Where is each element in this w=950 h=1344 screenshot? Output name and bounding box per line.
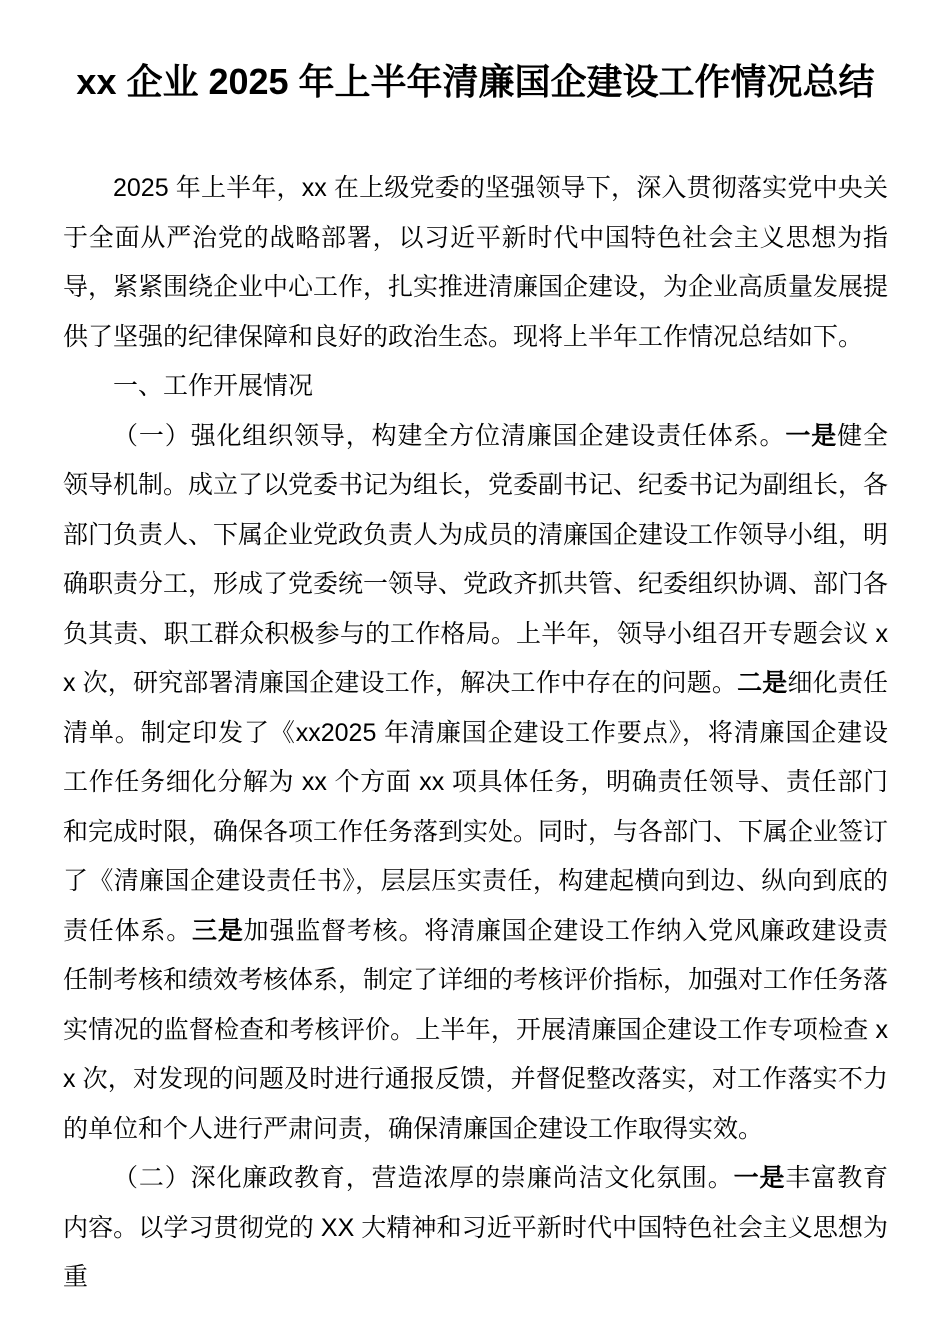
text-run: 2025 年上半年，xx 在上级党委的坚强领导下，深入贯彻落实党中央关于全面从严… [63,174,888,351]
text-run: （二）深化廉政教育，营造浓厚的崇廉尚洁文化氛围。 [113,1164,734,1192]
emphasis-run: 二是 [737,669,787,697]
text-run: 细化责任清单。制定印发了《xx2025 年清廉国企建设工作要点》，将清廉国企建设… [63,669,888,945]
document-page: xx 企业 2025 年上半年清廉国企建设工作情况总结 2025 年上半年，xx… [0,0,950,1344]
paragraph: （二）深化廉政教育，营造浓厚的崇廉尚洁文化氛围。一是丰富教育内容。以学习贯彻党的… [63,1154,888,1303]
text-run: 加强监督考核。将清廉国企建设工作纳入党风廉政建设责任制考核和绩效考核体系，制定了… [63,917,888,1143]
text-run: 健全领导机制。成立了以党委书记为组长，党委副书记、纪委书记为副组长，各部门负责人… [63,422,888,698]
document-title: xx 企业 2025 年上半年清廉国企建设工作情况总结 [63,56,888,108]
emphasis-run: 一是 [785,422,837,450]
document-body: 2025 年上半年，xx 在上级党委的坚强领导下，深入贯彻落实党中央关于全面从严… [63,164,888,1303]
emphasis-run: 三是 [192,917,244,945]
text-run: （一）强化组织领导，构建全方位清廉国企建设责任体系。 [113,422,785,450]
paragraph: 2025 年上半年，xx 在上级党委的坚强领导下，深入贯彻落实党中央关于全面从严… [63,164,888,362]
section-heading: 一、工作开展情况 [63,362,888,412]
emphasis-run: 一是 [734,1164,786,1192]
paragraph: （一）强化组织领导，构建全方位清廉国企建设责任体系。一是健全领导机制。成立了以党… [63,412,888,1155]
text-run: 一、工作开展情况 [113,372,313,400]
